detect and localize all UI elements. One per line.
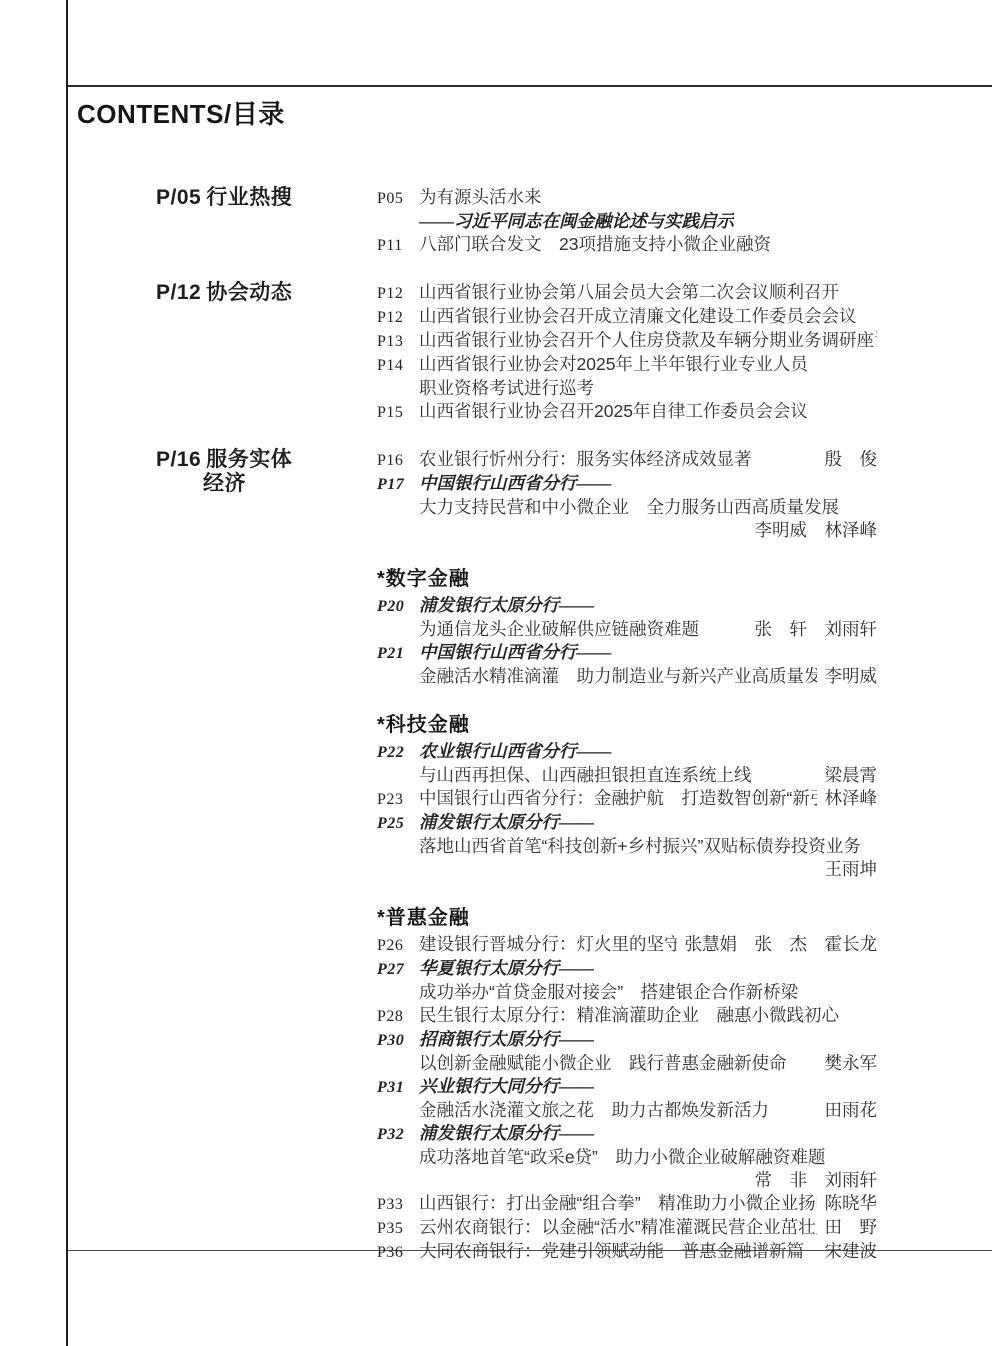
magazine-contents-page: CONTENTS/目录 P/05行业热搜P05为有源头活水来——习近平同志在闽金… <box>0 0 992 1346</box>
toc-entry-line: P35云州农商银行：以金融“活水”精准灌溉民营企业茁壮成长田 野 <box>377 1216 877 1240</box>
toc-entries: P05为有源头活水来——习近平同志在闽金融论述与实践启示P11八部门联合发文 2… <box>377 186 877 257</box>
entry-authors: 梁晨霄 <box>817 764 878 787</box>
entry-page-number: P28 <box>377 1005 419 1028</box>
entry-title: 山西省银行业协会第八届会员大会第二次会议顺利召开 <box>419 281 839 304</box>
entry-title: 山西省银行业协会对2025年上半年银行业专业人员 <box>419 353 808 376</box>
entry-page-number: P14 <box>377 354 419 377</box>
entry-title: 浦发银行太原分行—— <box>419 1122 594 1145</box>
entry-authors: 张慧娟 张 杰 霍长龙 <box>677 933 878 956</box>
section-page-prefix: P/16 <box>156 448 201 471</box>
toc-entry-line: P05为有源头活水来 <box>377 186 877 210</box>
toc-entry-line: P12山西省银行业协会召开成立清廉文化建设工作委员会会议 <box>377 305 877 329</box>
entry-title: 云州农商银行：以金融“活水”精准灌溉民营企业茁壮成长 <box>419 1216 817 1239</box>
entry-title: 与山西再担保、山西融担银担直连系统上线 <box>419 764 752 787</box>
toc-entry-line: P14山西省银行业协会对2025年上半年银行业专业人员 <box>377 353 877 377</box>
entry-authors: 樊永军 <box>817 1052 878 1075</box>
toc-group: *数字金融P20浦发银行太原分行——为通信龙头企业破解供应链融资难题张 轩 刘雨… <box>66 566 992 688</box>
entry-title: 为有源头活水来 <box>419 186 542 209</box>
toc-entry-line: 与山西再担保、山西融担银担直连系统上线梁晨霄 <box>377 764 877 787</box>
entry-page-number: P12 <box>377 282 419 305</box>
toc-entries: *科技金融P22农业银行山西省分行——与山西再担保、山西融担银担直连系统上线梁晨… <box>377 712 877 881</box>
toc-entry-authors-line: 王雨坤 <box>377 858 877 881</box>
toc-entry-line: P21中国银行山西省分行—— <box>377 641 877 665</box>
entry-title: 职业资格考试进行巡考 <box>419 377 594 400</box>
toc-group: P/12协会动态P12山西省银行业协会第八届会员大会第二次会议顺利召开P12山西… <box>66 281 992 424</box>
entry-title: 大同农商银行：党建引领赋动能 普惠金融谱新篇 <box>419 1240 804 1263</box>
entry-page-number: P16 <box>377 449 419 472</box>
entry-authors: 田 野 <box>817 1216 878 1239</box>
entry-authors: 王雨坤 <box>817 858 878 881</box>
toc-entry-line: ——习近平同志在闽金融论述与实践启示 <box>377 210 877 233</box>
entry-page-number: P05 <box>377 187 419 210</box>
entry-title: 金融活水精准滴灌 助力制造业与新兴产业高质量发展 <box>419 665 817 688</box>
entry-title: 招商银行太原分行—— <box>419 1028 594 1051</box>
entry-title: 山西省银行业协会召开2025年自律工作委员会会议 <box>419 400 808 423</box>
page-title: CONTENTS/目录 <box>77 94 285 131</box>
entry-title: 八部门联合发文 23项措施支持小微企业融资 <box>419 233 771 256</box>
entry-title: 金融活水浇灌文旅之花 助力古都焕发新活力 <box>419 1099 769 1122</box>
entry-title: 华夏银行太原分行—— <box>419 957 594 980</box>
entry-page-number: P32 <box>377 1123 419 1146</box>
entry-page-number: P17 <box>377 473 419 496</box>
toc-entry-line: 成功举办“首贷金服对接会” 搭建银企合作新桥梁 <box>377 981 877 1004</box>
section-title: 协会动态 <box>206 281 292 304</box>
toc-entry-line: 以创新金融赋能小微企业 践行普惠金融新使命樊永军 <box>377 1052 877 1075</box>
section-label: P/16服务实体经济 <box>156 448 292 496</box>
subsection-heading: *科技金融 <box>377 712 877 738</box>
entry-title: 落地山西省首笔“科技创新+乡村振兴”双贴标债券投资业务 <box>419 835 861 858</box>
section-label-line: P/05行业热搜 <box>156 186 292 210</box>
toc-entry-line: P22农业银行山西省分行—— <box>377 740 877 764</box>
section-label: P/05行业热搜 <box>156 186 292 210</box>
entry-authors: 陈晓华 <box>817 1192 878 1215</box>
entry-page-number: P25 <box>377 812 419 835</box>
toc-entry-line: 金融活水浇灌文旅之花 助力古都焕发新活力田雨花 <box>377 1099 877 1122</box>
entry-authors: 张 轩 刘雨轩 <box>747 618 878 641</box>
toc-entry-line: P31兴业银行大同分行—— <box>377 1075 877 1099</box>
entry-page-number: P33 <box>377 1193 419 1216</box>
toc-entry-line: P23中国银行山西省分行：金融护航 打造数智创新“新引擎”林泽峰 <box>377 787 877 811</box>
toc-entry-line: P13山西省银行业协会召开个人住房贷款及车辆分期业务调研座谈会 <box>377 329 877 353</box>
top-divider-rule <box>68 85 992 87</box>
entry-page-number: P31 <box>377 1076 419 1099</box>
toc-entry-line: 为通信龙头企业破解供应链融资难题张 轩 刘雨轩 <box>377 618 877 641</box>
toc-group: P/05行业热搜P05为有源头活水来——习近平同志在闽金融论述与实践启示P11八… <box>66 186 992 257</box>
section-label-line: P/12协会动态 <box>156 281 292 305</box>
section-title: 行业热搜 <box>206 186 292 209</box>
toc-entry-line: P26建设银行晋城分行：灯火里的坚守张慧娟 张 杰 霍长龙 <box>377 933 877 957</box>
entry-authors: 殷 俊 <box>817 448 878 471</box>
toc-entry-authors-line: 常 非 刘雨轩 <box>377 1169 877 1192</box>
section-page-prefix: P/05 <box>156 186 201 209</box>
entry-authors: 林泽峰 <box>817 787 878 810</box>
entry-title: 建设银行晋城分行：灯火里的坚守 <box>419 933 677 956</box>
entry-page-number: P13 <box>377 330 419 353</box>
toc-entry-line: 大力支持民营和中小微企业 全力服务山西高质量发展 <box>377 496 877 519</box>
entry-title: 浦发银行太原分行—— <box>419 811 594 834</box>
toc-entry-line: P11八部门联合发文 23项措施支持小微企业融资 <box>377 233 877 257</box>
subsection-heading: *普惠金融 <box>377 905 877 931</box>
entry-authors: 宋建波 <box>817 1240 878 1263</box>
entry-title: 浦发银行太原分行—— <box>419 594 594 617</box>
entry-title: 农业银行山西省分行—— <box>419 740 612 763</box>
entry-page-number: P20 <box>377 595 419 618</box>
entry-page-number: P11 <box>377 234 419 257</box>
toc-entry-line: P16农业银行忻州分行：服务实体经济成效显著殷 俊 <box>377 448 877 472</box>
toc-entry-line: P28民生银行太原分行：精准滴灌助企业 融惠小微践初心 <box>377 1004 877 1028</box>
toc-entry-line: P15山西省银行业协会召开2025年自律工作委员会会议 <box>377 400 877 424</box>
toc-entry-line: P30招商银行太原分行—— <box>377 1028 877 1052</box>
entry-title: 山西省银行业协会召开成立清廉文化建设工作委员会会议 <box>419 305 857 328</box>
toc-body: P/05行业热搜P05为有源头活水来——习近平同志在闽金融论述与实践启示P11八… <box>66 186 992 1288</box>
toc-entry-line: P33山西银行：打出金融“组合拳” 精准助力小微企业扬帆起航陈晓华 <box>377 1192 877 1216</box>
toc-entry-line: P32浦发银行太原分行—— <box>377 1122 877 1146</box>
entry-title: 为通信龙头企业破解供应链融资难题 <box>419 618 699 641</box>
entry-title: 成功落地首笔“政采e贷” 助力小微企业破解融资难题 <box>419 1146 825 1169</box>
entry-authors: 常 非 刘雨轩 <box>747 1169 878 1192</box>
toc-entry-line: 金融活水精准滴灌 助力制造业与新兴产业高质量发展李明威 <box>377 665 877 688</box>
toc-entry-line: 职业资格考试进行巡考 <box>377 377 877 400</box>
entry-title: 中国银行山西省分行—— <box>419 641 612 664</box>
entry-page-number: P35 <box>377 1217 419 1240</box>
toc-entry-line: P12山西省银行业协会第八届会员大会第二次会议顺利召开 <box>377 281 877 305</box>
entry-page-number: P36 <box>377 1241 419 1264</box>
subsection-heading: *数字金融 <box>377 566 877 592</box>
toc-entries: *数字金融P20浦发银行太原分行——为通信龙头企业破解供应链融资难题张 轩 刘雨… <box>377 566 877 688</box>
toc-entries: P12山西省银行业协会第八届会员大会第二次会议顺利召开P12山西省银行业协会召开… <box>377 281 877 424</box>
toc-group: *普惠金融P26建设银行晋城分行：灯火里的坚守张慧娟 张 杰 霍长龙P27华夏银… <box>66 905 992 1264</box>
entry-authors: 李明威 <box>817 665 878 688</box>
toc-entry-authors-line: 李明威 林泽峰 <box>377 519 877 542</box>
toc-entry-line: 成功落地首笔“政采e贷” 助力小微企业破解融资难题 <box>377 1146 877 1169</box>
section-label: P/12协会动态 <box>156 281 292 305</box>
entry-title: 成功举办“首贷金服对接会” 搭建银企合作新桥梁 <box>419 981 798 1004</box>
entry-page-number: P22 <box>377 741 419 764</box>
toc-entry-line: P36大同农商银行：党建引领赋动能 普惠金融谱新篇宋建波 <box>377 1240 877 1264</box>
toc-entry-line: P20浦发银行太原分行—— <box>377 594 877 618</box>
entry-page-number: P15 <box>377 401 419 424</box>
entry-title: 民生银行太原分行：精准滴灌助企业 融惠小微践初心 <box>419 1004 839 1027</box>
entry-title: 山西省银行业协会召开个人住房贷款及车辆分期业务调研座谈会 <box>419 329 877 352</box>
entry-page-number: P12 <box>377 306 419 329</box>
entry-page-number: P21 <box>377 642 419 665</box>
entry-page-number: P26 <box>377 934 419 957</box>
entry-page-number: P23 <box>377 788 419 811</box>
toc-entries: *普惠金融P26建设银行晋城分行：灯火里的坚守张慧娟 张 杰 霍长龙P27华夏银… <box>377 905 877 1264</box>
toc-entry-line: P25浦发银行太原分行—— <box>377 811 877 835</box>
section-label-line: P/16服务实体 <box>156 448 292 472</box>
toc-group: P/16服务实体经济P16农业银行忻州分行：服务实体经济成效显著殷 俊P17中国… <box>66 448 992 542</box>
section-title: 服务实体 <box>206 448 292 471</box>
entry-authors: 李明威 林泽峰 <box>747 519 878 542</box>
section-page-prefix: P/12 <box>156 281 201 304</box>
toc-entry-line: P27华夏银行太原分行—— <box>377 957 877 981</box>
entry-title: ——习近平同志在闽金融论述与实践启示 <box>419 210 734 233</box>
section-title-continued: 经济 <box>203 472 292 496</box>
toc-group: *科技金融P22农业银行山西省分行——与山西再担保、山西融担银担直连系统上线梁晨… <box>66 712 992 881</box>
entry-page-number: P27 <box>377 958 419 981</box>
entry-title: 兴业银行大同分行—— <box>419 1075 594 1098</box>
entry-title: 农业银行忻州分行：服务实体经济成效显著 <box>419 448 752 471</box>
entry-page-number: P30 <box>377 1029 419 1052</box>
entry-title: 中国银行山西省分行—— <box>419 472 612 495</box>
entry-authors: 田雨花 <box>817 1099 878 1122</box>
entry-title: 大力支持民营和中小微企业 全力服务山西高质量发展 <box>419 496 839 519</box>
toc-entry-line: 落地山西省首笔“科技创新+乡村振兴”双贴标债券投资业务 <box>377 835 877 858</box>
toc-entry-line: P17中国银行山西省分行—— <box>377 472 877 496</box>
entry-title: 以创新金融赋能小微企业 践行普惠金融新使命 <box>419 1052 787 1075</box>
entry-title: 中国银行山西省分行：金融护航 打造数智创新“新引擎” <box>419 787 817 810</box>
toc-entries: P16农业银行忻州分行：服务实体经济成效显著殷 俊P17中国银行山西省分行——大… <box>377 448 877 542</box>
entry-title: 山西银行：打出金融“组合拳” 精准助力小微企业扬帆起航 <box>419 1192 817 1215</box>
